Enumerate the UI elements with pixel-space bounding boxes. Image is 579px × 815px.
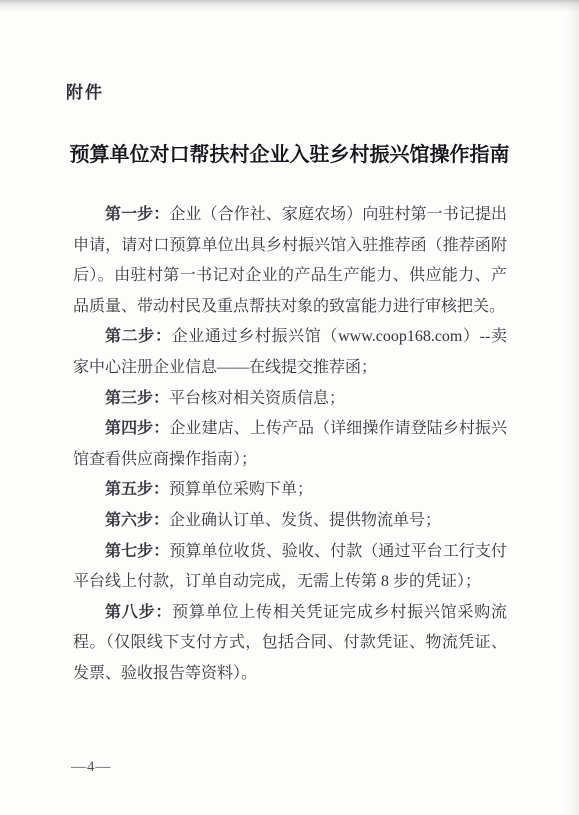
document-page: 附件 预算单位对口帮扶村企业入驻乡村振兴馆操作指南 第一步：企业（合作社、家庭农…: [0, 0, 579, 815]
step-3-label: 第三步：: [105, 390, 169, 407]
step-paragraph-1: 第一步：企业（合作社、家庭农场）向驻村第一书记提出申请，请对口预算单位出具乡村振…: [73, 200, 507, 322]
step-4-label: 第四步：: [105, 420, 169, 437]
step-6-label: 第六步：: [105, 512, 169, 529]
step-paragraph-3: 第三步：平台核对相关资质信息；: [73, 384, 507, 415]
step-paragraph-6: 第六步：企业确认订单、发货、提供物流单号；: [73, 506, 507, 537]
page-number: —4—: [71, 759, 112, 776]
step-paragraph-2: 第二步：企业通过乡村振兴馆（www.coop168.com）--卖家中心注册企业…: [73, 322, 507, 383]
scan-shade-artifact: [565, 0, 579, 815]
step-5-text: 预算单位采购下单；: [169, 481, 313, 498]
step-8-label: 第八步：: [105, 604, 172, 621]
document-title: 预算单位对口帮扶村企业入驻乡村振兴馆操作指南: [0, 138, 579, 167]
step-6-text: 企业确认订单、发货、提供物流单号；: [169, 512, 441, 529]
step-paragraph-5: 第五步：预算单位采购下单；: [73, 475, 507, 506]
step-paragraph-8: 第八步：预算单位上传相关凭证完成乡村振兴馆采购流程。（仅限线下支付方式，包括合同…: [73, 598, 507, 690]
step-paragraph-4: 第四步：企业建店、上传产品（详细操作请登陆乡村振兴馆查看供应商操作指南）；: [73, 414, 507, 475]
document-body: 第一步：企业（合作社、家庭农场）向驻村第一书记提出申请，请对口预算单位出具乡村振…: [73, 200, 507, 690]
step-1-label: 第一步：: [105, 206, 169, 223]
step-5-label: 第五步：: [105, 481, 169, 498]
attachment-label: 附件: [66, 78, 104, 103]
step-2-label: 第二步：: [105, 328, 172, 345]
step-3-text: 平台核对相关资质信息；: [169, 390, 345, 407]
step-paragraph-7: 第七步：预算单位收货、验收、付款（通过平台工行支付平台线上付款，订单自动完成，无…: [73, 537, 507, 598]
scan-edge-artifact: [0, 0, 579, 12]
step-7-label: 第七步：: [105, 543, 169, 560]
